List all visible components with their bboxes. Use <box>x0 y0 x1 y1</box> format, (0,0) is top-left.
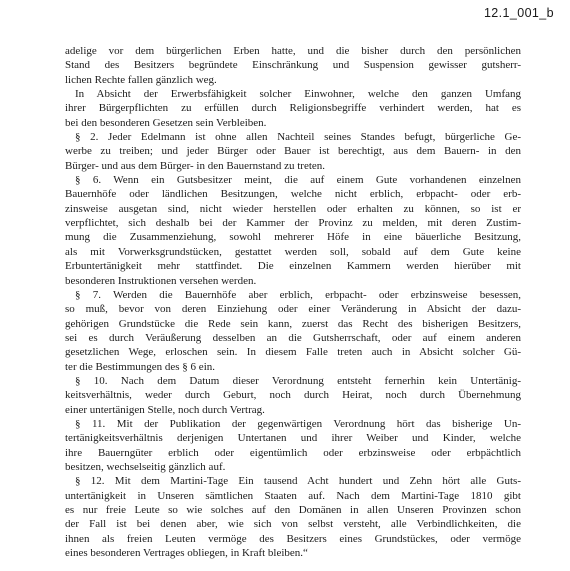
text-line: der Fall ist bei denen aber, wie sich vo… <box>65 517 521 531</box>
text-line: werbe zu treiben; und jeder Bürger oder … <box>65 144 521 158</box>
text-line: § 2. Jeder Edelmann ist ohne allen Nacht… <box>65 130 521 144</box>
text-line: keitsverhältnis, weder durch Geburt, noc… <box>65 388 521 402</box>
text-line: § 6. Wenn ein Gutsbesitzer meint, die au… <box>65 173 521 187</box>
text-line: Erbuntertänigkeit mehr stattfindet. Die … <box>65 259 521 273</box>
text-line: § 12. Mit dem Martini-Tage Ein tausend A… <box>65 474 521 488</box>
paragraph: § 12. Mit dem Martini-Tage Ein tausend A… <box>65 474 521 560</box>
text-line: es nur freie Leute so wie solches auf de… <box>65 503 521 517</box>
text-line: In Absicht der Erwerbsfähigkeit solcher … <box>65 87 521 101</box>
paragraph: § 11. Mit der Publikation der gegenwärti… <box>65 417 521 474</box>
paragraph: adelige vor dem bürgerlichen Erben hatte… <box>65 44 521 87</box>
text-line: Stand des Besitzers begründete Einschrän… <box>65 58 521 72</box>
text-line: gehörigen Grundstücke die Rede sein kann… <box>65 317 521 331</box>
text-line: bei den besonderen Gesetzen sein Verblei… <box>65 116 521 130</box>
text-line: Bauernhöfe oder ländlichen Besitzungen, … <box>65 187 521 201</box>
text-line: § 11. Mit der Publikation der gegenwärti… <box>65 417 521 431</box>
text-line: eines besonderen Vertrages obliegen, in … <box>65 546 521 560</box>
text-line: gesetzlichen Wege, erloschen sein. In di… <box>65 345 521 359</box>
text-line: § 7. Werden die Bauernhöfe aber erblich,… <box>65 288 521 302</box>
text-line: verpflichtet, sich deshalb bei der Kamme… <box>65 216 521 230</box>
text-line: § 10. Nach dem Datum dieser Verordnung e… <box>65 374 521 388</box>
text-line: mung die Zusammenziehung, sowohl mehrere… <box>65 230 521 244</box>
text-line: tertänigkeitsverhältnis derjenigen Unter… <box>65 431 521 445</box>
text-line: ihre Bauerngüter erblich oder eigentümli… <box>65 446 521 460</box>
paragraph: In Absicht der Erwerbsfähigkeit solcher … <box>65 87 521 130</box>
text-line: besitzen, wechselseitig gänzlich auf. <box>65 460 521 474</box>
text-line: lichen Rechte fallen gänzlich weg. <box>65 73 521 87</box>
text-line: zinsweise ausgetan sind, nicht wieder he… <box>65 202 521 216</box>
text-line: ihrer Bürgerpflichten zu erfüllen durch … <box>65 101 521 115</box>
text-line: so muß, bevor von deren Einziehung oder … <box>65 302 521 316</box>
text-line: einer untertänigen Stelle, noch durch Ve… <box>65 403 521 417</box>
text-line: Bürger- und aus dem Bürger- in den Bauer… <box>65 159 521 173</box>
text-line: untertänigkeit in Unseren sämtlichen Sta… <box>65 489 521 503</box>
paragraph: § 7. Werden die Bauernhöfe aber erblich,… <box>65 288 521 374</box>
paragraph: § 2. Jeder Edelmann ist ohne allen Nacht… <box>65 130 521 173</box>
paragraph: § 10. Nach dem Datum dieser Verordnung e… <box>65 374 521 417</box>
text-line: besonderen Instruktionen versehen werden… <box>65 274 521 288</box>
paragraph: § 6. Wenn ein Gutsbesitzer meint, die au… <box>65 173 521 288</box>
page-id-label: 12.1_001_b <box>484 6 554 20</box>
text-line: als mit Vorwerksgrundstücken, gestattet … <box>65 245 521 259</box>
scanned-document-page: 12.1_001_b adelige vor dem bürgerlichen … <box>0 0 570 571</box>
text-line: ter die Bestimmungen des § 6 ein. <box>65 360 521 374</box>
text-line: ihnen als freien Leuten vermöge des Besi… <box>65 532 521 546</box>
text-line: adelige vor dem bürgerlichen Erben hatte… <box>65 44 521 58</box>
text-line: sei es durch Veräußerung desselben an di… <box>65 331 521 345</box>
page-text: adelige vor dem bürgerlichen Erben hatte… <box>65 44 521 560</box>
